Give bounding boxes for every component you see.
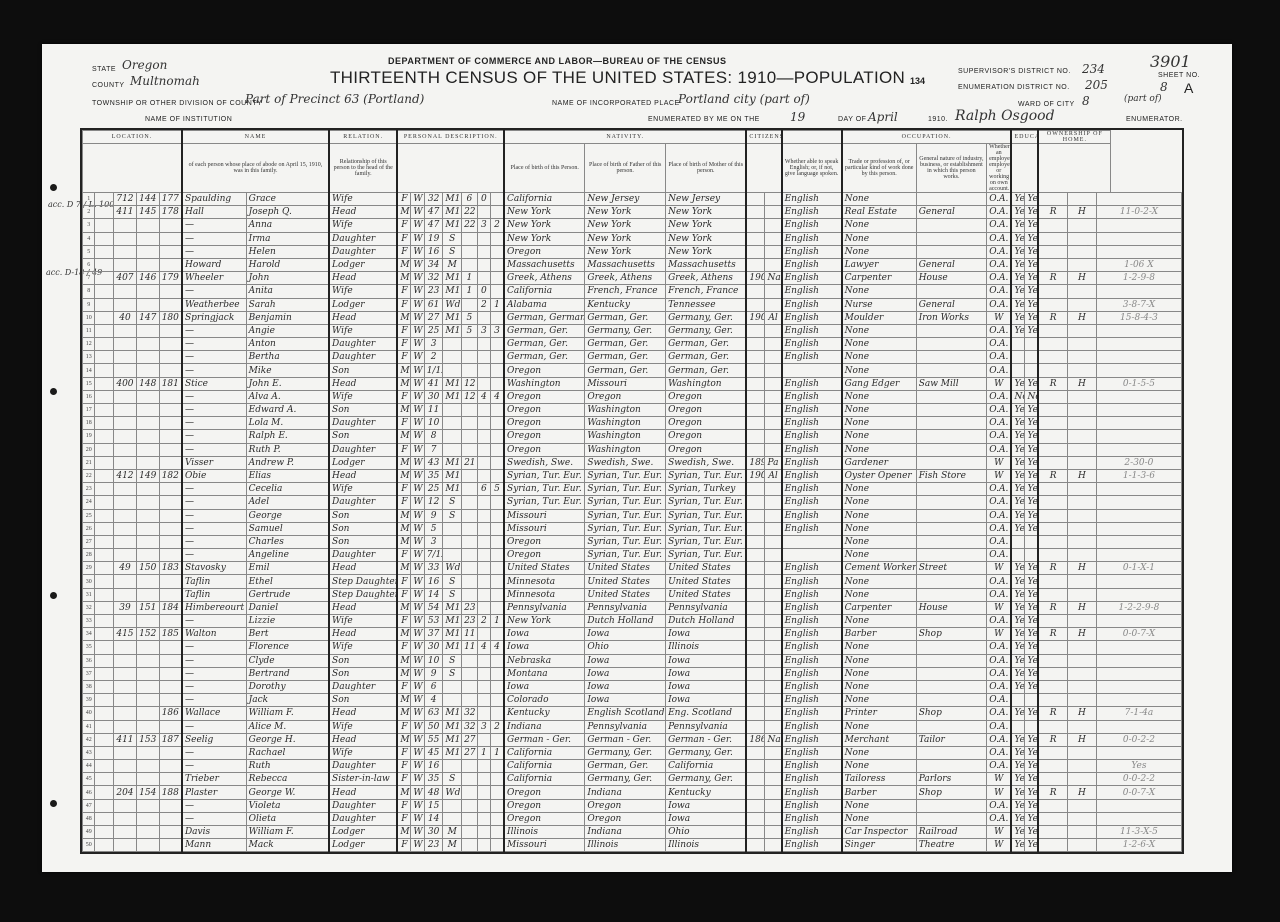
- group-ownership: OWNERSHIP OF HOME.: [1038, 131, 1110, 144]
- surname-cell: Wheeler: [182, 272, 246, 285]
- line-number: 15: [83, 377, 95, 390]
- read-cell: Yes: [1011, 272, 1024, 285]
- sex-cell: M: [397, 667, 410, 680]
- sex-cell: F: [397, 641, 410, 654]
- read-cell: Yes: [1011, 773, 1024, 786]
- trade-cell: None: [842, 232, 917, 245]
- industry-cell: [916, 351, 986, 364]
- farm-house-cell: [1067, 245, 1096, 258]
- age-cell: 23: [424, 285, 443, 298]
- marital-status-cell: [443, 760, 462, 773]
- trade-cell: None: [842, 509, 917, 522]
- employment-class-cell: O.A.: [987, 258, 1012, 271]
- line-number: 35: [83, 641, 95, 654]
- naturalization-cell: [765, 522, 782, 535]
- dwelling-number-cell: [136, 720, 159, 733]
- farm-house-cell: [1067, 364, 1096, 377]
- marital-status-cell: S: [443, 773, 462, 786]
- employment-class-cell: O.A.: [987, 654, 1012, 667]
- father-birthplace-cell: German, Ger.: [585, 311, 666, 324]
- given-name-cell: Helen: [246, 245, 329, 258]
- naturalization-cell: [765, 786, 782, 799]
- sex-cell: M: [397, 456, 410, 469]
- family-number-cell: 179: [159, 272, 182, 285]
- children-living-cell: [491, 707, 505, 720]
- dwelling-number-cell: 147: [136, 311, 159, 324]
- mother-birthplace-cell: German, Ger.: [666, 338, 747, 351]
- years-married-cell: 23: [462, 601, 478, 614]
- dwelling-number-cell: [136, 509, 159, 522]
- trade-cell: Singer: [842, 839, 917, 852]
- read-cell: Yes: [1011, 654, 1024, 667]
- immigration-year-cell: [746, 535, 765, 548]
- employment-class-cell: O.A.: [987, 324, 1012, 337]
- relation-cell: Son: [329, 522, 397, 535]
- race-cell: W: [411, 839, 424, 852]
- farm-house-cell: [1067, 193, 1096, 206]
- industry-cell: Tailor: [916, 733, 986, 746]
- relation-cell: Head: [329, 562, 397, 575]
- dwelling-number-cell: 149: [136, 469, 159, 482]
- years-married-cell: [462, 773, 478, 786]
- write-cell: Yes: [1025, 707, 1038, 720]
- line-number: 24: [83, 496, 95, 509]
- employment-class-cell: O.A.: [987, 219, 1012, 232]
- owned-rented-cell: [1038, 483, 1067, 496]
- language-cell: English: [782, 812, 842, 825]
- owned-rented-cell: [1038, 575, 1067, 588]
- read-cell: Yes: [1011, 311, 1024, 324]
- immigration-year-cell: [746, 443, 765, 456]
- owned-rented-cell: [1038, 245, 1067, 258]
- street-cell: [95, 351, 114, 364]
- house-number-cell: [114, 245, 137, 258]
- trade-header: Trade or profession of, or particular ki…: [842, 144, 917, 193]
- enumerated-month: April: [868, 110, 898, 124]
- naturalization-cell: Na: [765, 272, 782, 285]
- binder-hole: [50, 800, 57, 807]
- table-row: 15 400 148 181 Stice John E. Head M W 41…: [83, 377, 1182, 390]
- employment-class-cell: W: [987, 456, 1012, 469]
- relation-cell: Son: [329, 535, 397, 548]
- mother-birthplace-cell: Syrian, Tur. Eur.: [666, 509, 747, 522]
- given-name-cell: Harold: [246, 258, 329, 271]
- naturalization-cell: [765, 298, 782, 311]
- relation-cell: Wife: [329, 324, 397, 337]
- write-cell: [1025, 351, 1038, 364]
- birthplace-cell: Indiana: [504, 720, 585, 733]
- house-number-cell: 40: [114, 311, 137, 324]
- coding-marks-cell: [1096, 285, 1181, 298]
- write-cell: Yes: [1025, 193, 1038, 206]
- read-cell: Yes: [1011, 496, 1024, 509]
- children-born-cell: [477, 311, 490, 324]
- naturalization-cell: [765, 562, 782, 575]
- line-number: 47: [83, 799, 95, 812]
- language-cell: English: [782, 694, 842, 707]
- farm-house-cell: [1067, 839, 1096, 852]
- family-number-cell: [159, 799, 182, 812]
- mother-birthplace-cell: German, Ger.: [666, 351, 747, 364]
- children-living-cell: 5: [491, 483, 505, 496]
- given-name-cell: Daniel: [246, 601, 329, 614]
- trade-cell: None: [842, 720, 917, 733]
- page-title: THIRTEENTH CENSUS OF THE UNITED STATES: …: [330, 68, 905, 88]
- line-number: 8: [83, 285, 95, 298]
- sex-cell: F: [397, 839, 410, 852]
- race-cell: W: [411, 562, 424, 575]
- dwelling-number-cell: [136, 615, 159, 628]
- marital-status-cell: M1: [443, 707, 462, 720]
- family-number-cell: [159, 258, 182, 271]
- line-number: 20: [83, 443, 95, 456]
- marital-status-cell: [443, 443, 462, 456]
- trade-cell: None: [842, 641, 917, 654]
- employment-class-cell: O.A.: [987, 641, 1012, 654]
- race-cell: W: [411, 443, 424, 456]
- marital-status-cell: M1: [443, 285, 462, 298]
- trade-cell: None: [842, 812, 917, 825]
- race-cell: W: [411, 746, 424, 759]
- employment-class-cell: O.A.: [987, 760, 1012, 773]
- industry-cell: [916, 219, 986, 232]
- dwelling-number-cell: [136, 707, 159, 720]
- year-label: 1910.: [928, 116, 948, 123]
- children-living-cell: [491, 351, 505, 364]
- street-cell: [95, 509, 114, 522]
- owned-rented-cell: R: [1038, 311, 1067, 324]
- house-number-cell: [114, 615, 137, 628]
- marital-status-cell: S: [443, 496, 462, 509]
- sex-cell: F: [397, 219, 410, 232]
- group-name: NAME: [182, 131, 329, 144]
- father-birthplace-cell: German, Ger.: [585, 338, 666, 351]
- relation-cell: Step Daughter: [329, 575, 397, 588]
- farm-house-cell: [1067, 496, 1096, 509]
- children-living-cell: [491, 404, 505, 417]
- years-married-cell: [462, 535, 478, 548]
- employment-class-cell: O.A.: [987, 443, 1012, 456]
- language-cell: English: [782, 469, 842, 482]
- marital-status-cell: [443, 680, 462, 693]
- given-name-cell: Grace: [246, 193, 329, 206]
- birthplace-cell: Nebraska: [504, 654, 585, 667]
- given-name-cell: Lizzie: [246, 615, 329, 628]
- birthplace-cell: Oregon: [504, 549, 585, 562]
- immigration-year-cell: [746, 298, 765, 311]
- surname-cell: —: [182, 324, 246, 337]
- table-row: 45 Trieber Rebecca Sister-in-law F W 35 …: [83, 773, 1182, 786]
- owned-rented-cell: [1038, 232, 1067, 245]
- marital-status-cell: M: [443, 258, 462, 271]
- owned-rented-cell: R: [1038, 206, 1067, 219]
- sex-cell: F: [397, 799, 410, 812]
- employment-class-cell: O.A.: [987, 733, 1012, 746]
- industry-cell: [916, 509, 986, 522]
- mother-birthplace-cell: Eng. Scotland: [666, 707, 747, 720]
- sex-cell: F: [397, 338, 410, 351]
- house-number-cell: [114, 826, 137, 839]
- dwelling-number-cell: 151: [136, 601, 159, 614]
- sex-cell: F: [397, 549, 410, 562]
- marital-status-cell: M1: [443, 483, 462, 496]
- industry-cell: [916, 404, 986, 417]
- house-number-cell: 204: [114, 786, 137, 799]
- children-born-cell: 4: [477, 641, 490, 654]
- children-living-cell: 4: [491, 390, 505, 403]
- day-of-label: DAY OF: [838, 116, 866, 123]
- house-number-cell: 39: [114, 601, 137, 614]
- family-number-cell: [159, 826, 182, 839]
- marital-status-cell: Wd: [443, 562, 462, 575]
- years-married-cell: 5: [462, 324, 478, 337]
- family-number-cell: 183: [159, 562, 182, 575]
- write-cell: Yes: [1025, 456, 1038, 469]
- line-number: 18: [83, 417, 95, 430]
- language-cell: English: [782, 245, 842, 258]
- read-cell: Yes: [1011, 430, 1024, 443]
- given-name-cell: Lola M.: [246, 417, 329, 430]
- surname-cell: Taflin: [182, 588, 246, 601]
- owned-rented-cell: [1038, 826, 1067, 839]
- group-personal: PERSONAL DESCRIPTION.: [397, 131, 504, 144]
- house-number-cell: [114, 773, 137, 786]
- given-name-cell: Clyde: [246, 654, 329, 667]
- table-row: 25 — George Son M W 9 S Missouri Syrian,…: [83, 509, 1182, 522]
- language-cell: English: [782, 707, 842, 720]
- dwelling-number-cell: [136, 588, 159, 601]
- coding-marks-cell: [1096, 193, 1181, 206]
- years-married-cell: 11: [462, 641, 478, 654]
- read-cell: Yes: [1011, 786, 1024, 799]
- naturalization-cell: [765, 245, 782, 258]
- employment-class-cell: O.A.: [987, 549, 1012, 562]
- language-cell: English: [782, 667, 842, 680]
- immigration-year-cell: [746, 351, 765, 364]
- mother-birthplace-cell: Dutch Holland: [666, 615, 747, 628]
- years-married-cell: 1: [462, 285, 478, 298]
- group-citizenship: CITIZENSHIP.: [746, 131, 781, 144]
- farm-house-cell: [1067, 404, 1096, 417]
- father-birthplace-cell: New York: [585, 206, 666, 219]
- owned-rented-cell: R: [1038, 628, 1067, 641]
- sex-cell: F: [397, 298, 410, 311]
- children-living-cell: [491, 338, 505, 351]
- street-cell: [95, 456, 114, 469]
- family-number-cell: [159, 496, 182, 509]
- father-birthplace-cell: Oregon: [585, 390, 666, 403]
- relation-column-desc: Relationship of this person to the head …: [329, 144, 397, 193]
- marital-status-cell: [443, 694, 462, 707]
- years-married-cell: [462, 799, 478, 812]
- race-cell: W: [411, 588, 424, 601]
- children-born-cell: 6: [477, 483, 490, 496]
- owned-rented-cell: [1038, 496, 1067, 509]
- relation-cell: Daughter: [329, 799, 397, 812]
- street-cell: [95, 522, 114, 535]
- trade-cell: None: [842, 760, 917, 773]
- surname-cell: —: [182, 667, 246, 680]
- surname-cell: Visser: [182, 456, 246, 469]
- owned-rented-cell: [1038, 390, 1067, 403]
- dwelling-number-cell: 148: [136, 377, 159, 390]
- read-cell: Yes: [1011, 193, 1024, 206]
- street-cell: [95, 588, 114, 601]
- immigration-year-cell: [746, 245, 765, 258]
- children-living-cell: [491, 522, 505, 535]
- given-name-cell: Mack: [246, 839, 329, 852]
- table-row: 20 — Ruth P. Daughter F W 7 Oregon Washi…: [83, 443, 1182, 456]
- marital-status-cell: M1: [443, 206, 462, 219]
- surname-cell: —: [182, 285, 246, 298]
- table-row: 7 407 146 179 Wheeler John Head M W 32 M…: [83, 272, 1182, 285]
- dwelling-number-cell: 153: [136, 733, 159, 746]
- race-cell: W: [411, 549, 424, 562]
- father-birthplace-cell: Indiana: [585, 786, 666, 799]
- family-number-cell: [159, 694, 182, 707]
- language-cell: English: [782, 601, 842, 614]
- employment-class-cell: O.A.: [987, 509, 1012, 522]
- industry-cell: General: [916, 298, 986, 311]
- sex-cell: F: [397, 575, 410, 588]
- employment-class-cell: O.A.: [987, 193, 1012, 206]
- surname-cell: —: [182, 443, 246, 456]
- family-number-cell: [159, 390, 182, 403]
- mother-birthplace-cell: Kentucky: [666, 786, 747, 799]
- children-living-cell: [491, 272, 505, 285]
- write-cell: Yes: [1025, 404, 1038, 417]
- birthplace-cell: Oregon: [504, 417, 585, 430]
- language-cell: English: [782, 615, 842, 628]
- write-cell: Yes: [1025, 258, 1038, 271]
- children-born-cell: [477, 707, 490, 720]
- language-cell: English: [782, 417, 842, 430]
- mother-birthplace-cell: United States: [666, 562, 747, 575]
- line-number: 36: [83, 654, 95, 667]
- years-married-cell: 27: [462, 746, 478, 759]
- years-married-cell: 12: [462, 377, 478, 390]
- table-row: 5 — Helen Daughter F W 16 S Oregon New Y…: [83, 245, 1182, 258]
- line-number: 14: [83, 364, 95, 377]
- owned-rented-cell: [1038, 219, 1067, 232]
- employment-class-cell: O.A.: [987, 799, 1012, 812]
- read-cell: No: [1011, 390, 1024, 403]
- immigration-year-cell: [746, 430, 765, 443]
- naturalization-cell: [765, 654, 782, 667]
- race-cell: W: [411, 667, 424, 680]
- sex-cell: M: [397, 733, 410, 746]
- sex-cell: F: [397, 193, 410, 206]
- owned-rented-cell: [1038, 522, 1067, 535]
- marital-status-cell: M1: [443, 377, 462, 390]
- immigration-year-cell: [746, 628, 765, 641]
- mother-birthplace-cell: Germany, Ger.: [666, 773, 747, 786]
- farm-house-cell: [1067, 680, 1096, 693]
- children-born-cell: [477, 364, 490, 377]
- dwelling-number-cell: [136, 680, 159, 693]
- sex-cell: M: [397, 826, 410, 839]
- immigration-year-cell: [746, 667, 765, 680]
- line-number: 10: [83, 311, 95, 324]
- age-cell: 15: [424, 799, 443, 812]
- language-cell: English: [782, 522, 842, 535]
- race-cell: W: [411, 680, 424, 693]
- street-cell: [95, 667, 114, 680]
- father-birthplace-cell: Greek, Athens: [585, 272, 666, 285]
- house-number-cell: [114, 694, 137, 707]
- house-number-cell: [114, 338, 137, 351]
- mother-birthplace-cell: French, France: [666, 285, 747, 298]
- farm-house-cell: [1067, 641, 1096, 654]
- read-cell: Yes: [1011, 324, 1024, 337]
- language-cell: English: [782, 641, 842, 654]
- write-cell: Yes: [1025, 799, 1038, 812]
- mother-birthplace-cell: Washington: [666, 377, 747, 390]
- immigration-year-cell: [746, 654, 765, 667]
- industry-cell: [916, 575, 986, 588]
- line-number: 31: [83, 588, 95, 601]
- owned-rented-cell: R: [1038, 786, 1067, 799]
- owned-rented-cell: [1038, 258, 1067, 271]
- children-living-cell: [491, 667, 505, 680]
- dwelling-number-cell: [136, 258, 159, 271]
- write-cell: Yes: [1025, 219, 1038, 232]
- family-number-cell: 178: [159, 206, 182, 219]
- years-married-cell: [462, 786, 478, 799]
- read-cell: Yes: [1011, 245, 1024, 258]
- write-cell: Yes: [1025, 773, 1038, 786]
- employment-class-cell: W: [987, 773, 1012, 786]
- family-number-cell: [159, 245, 182, 258]
- birthplace-cell: Minnesota: [504, 588, 585, 601]
- relation-cell: Lodger: [329, 258, 397, 271]
- given-name-cell: John E.: [246, 377, 329, 390]
- line-number: 25: [83, 509, 95, 522]
- race-cell: W: [411, 733, 424, 746]
- children-born-cell: [477, 272, 490, 285]
- age-cell: 6: [424, 680, 443, 693]
- read-cell: Yes: [1011, 522, 1024, 535]
- trade-cell: None: [842, 549, 917, 562]
- years-married-cell: [462, 443, 478, 456]
- children-born-cell: [477, 839, 490, 852]
- farm-house-cell: [1067, 667, 1096, 680]
- house-number-cell: [114, 522, 137, 535]
- table-row: 22 412 149 182 Obie Elias Head M W 35 M1…: [83, 469, 1182, 482]
- children-living-cell: [491, 826, 505, 839]
- read-cell: Yes: [1011, 232, 1024, 245]
- immigration-year-cell: 1907: [746, 272, 765, 285]
- farm-house-cell: [1067, 799, 1096, 812]
- read-cell: Yes: [1011, 839, 1024, 852]
- house-number-cell: [114, 812, 137, 825]
- language-cell: [782, 535, 842, 548]
- write-cell: Yes: [1025, 786, 1038, 799]
- years-married-cell: 12: [462, 390, 478, 403]
- coding-marks-cell: 11-3-X-5: [1096, 826, 1181, 839]
- mother-birthplace-cell: Germany, Ger.: [666, 324, 747, 337]
- years-married-cell: [462, 338, 478, 351]
- sheet-letter: A: [1184, 80, 1193, 96]
- race-cell: W: [411, 311, 424, 324]
- industry-cell: Street: [916, 562, 986, 575]
- enumeration-district: 205: [1085, 78, 1108, 92]
- write-cell: Yes: [1025, 667, 1038, 680]
- family-number-cell: [159, 680, 182, 693]
- sex-cell: F: [397, 746, 410, 759]
- age-cell: 45: [424, 746, 443, 759]
- years-married-cell: [462, 351, 478, 364]
